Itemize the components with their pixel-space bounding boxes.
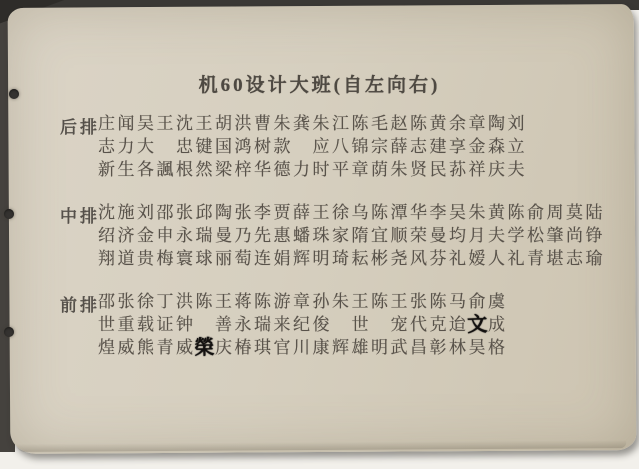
typed-names: 世重载证钟 善永瑞来纪俊 世 宠代克迨 <box>98 315 469 334</box>
punch-hole-middle <box>4 209 14 219</box>
typed-names: 煌威熊青威 <box>98 338 196 357</box>
name-row: 中排沈施刘邵张邱陶张李贾薛王徐乌陈潭华李吴朱黄陈俞周莫陆绍济金申永瑞曼乃先惠蟠珠… <box>60 201 620 270</box>
name-line: 庄闻吴王沈王胡洪曹朱龚朱江陈毛赵陈黄余章陶刘 <box>98 112 620 135</box>
row-lines: 庄闻吴王沈王胡洪曹朱龚朱江陈毛赵陈黄余章陶刘志力大 忠键国鸿树款 应八锦宗薛志建… <box>98 112 620 181</box>
row-label: 前排 <box>60 291 100 316</box>
handwritten-correction: 榮 <box>193 334 217 362</box>
typed-names: 翔道贵梅寰球丽萄连娟辉明琦耘彬尧风芬礼嫒人礼青堪志瑜 <box>98 249 605 268</box>
row-label: 后排 <box>60 113 100 138</box>
typed-names: 庆椿琪官川康辉雄明武昌彰林昊格 <box>215 338 508 357</box>
name-line: 煌威熊青威榮庆椿琪官川康辉雄明武昌彰林昊格 <box>98 336 620 359</box>
name-line: 翔道贵梅寰球丽萄连娟辉明琦耘彬尧风芬礼嫒人礼青堪志瑜 <box>98 247 620 270</box>
row-lines: 邵张徐丁洪陈王蒋陈游章孙朱王陈王张陈马俞虞世重载证钟 善永瑞来纪俊 世 宠代克迨… <box>98 290 620 359</box>
name-line: 新生各諷根然梁梓华德力时平章荫朱贤民荪祥庆夫 <box>98 158 620 181</box>
scanned-photo-caption-page: 机60设计大班(自左向右) 后排庄闻吴王沈王胡洪曹朱龚朱江陈毛赵陈黄余章陶刘志力… <box>0 0 639 469</box>
name-row: 前排邵张徐丁洪陈王蒋陈游章孙朱王陈王张陈马俞虞世重载证钟 善永瑞来纪俊 世 宠代… <box>60 290 620 359</box>
page-title: 机60设计大班(自左向右) <box>0 70 639 97</box>
name-line: 志力大 忠键国鸿树款 应八锦宗薛志建享金森立 <box>98 135 620 158</box>
handwritten-correction: 文 <box>466 311 490 339</box>
name-rows: 后排庄闻吴王沈王胡洪曹朱龚朱江陈毛赵陈黄余章陶刘志力大 忠键国鸿树款 应八锦宗薛… <box>60 112 620 379</box>
row-label: 中排 <box>60 202 100 227</box>
typed-names: 邵张徐丁洪陈王蒋陈游章孙朱王陈王张陈马俞虞 <box>98 292 508 311</box>
name-line: 绍济金申永瑞曼乃先惠蟠珠家隋宜顺荣曼均月夫学松肇尚铮 <box>98 224 620 247</box>
name-line: 世重载证钟 善永瑞来纪俊 世 宠代克迨文成 <box>98 313 620 336</box>
name-line: 沈施刘邵张邱陶张李贾薛王徐乌陈潭华李吴朱黄陈俞周莫陆 <box>98 201 620 224</box>
name-line: 邵张徐丁洪陈王蒋陈游章孙朱王陈王张陈马俞虞 <box>98 290 620 313</box>
punch-hole-bottom <box>4 327 14 337</box>
typed-names: 志力大 忠键国鸿树款 应八锦宗薛志建享金森立 <box>98 137 527 156</box>
name-row: 后排庄闻吴王沈王胡洪曹朱龚朱江陈毛赵陈黄余章陶刘志力大 忠键国鸿树款 应八锦宗薛… <box>60 112 620 181</box>
row-lines: 沈施刘邵张邱陶张李贾薛王徐乌陈潭华李吴朱黄陈俞周莫陆绍济金申永瑞曼乃先惠蟠珠家隋… <box>98 201 620 270</box>
typed-names: 庄闻吴王沈王胡洪曹朱龚朱江陈毛赵陈黄余章陶刘 <box>98 114 527 133</box>
typed-names: 绍济金申永瑞曼乃先惠蟠珠家隋宜顺荣曼均月夫学松肇尚铮 <box>98 226 605 245</box>
typed-names: 新生各諷根然梁梓华德力时平章荫朱贤民荪祥庆夫 <box>98 160 527 179</box>
typed-names: 沈施刘邵张邱陶张李贾薛王徐乌陈潭华李吴朱黄陈俞周莫陆 <box>98 203 605 222</box>
